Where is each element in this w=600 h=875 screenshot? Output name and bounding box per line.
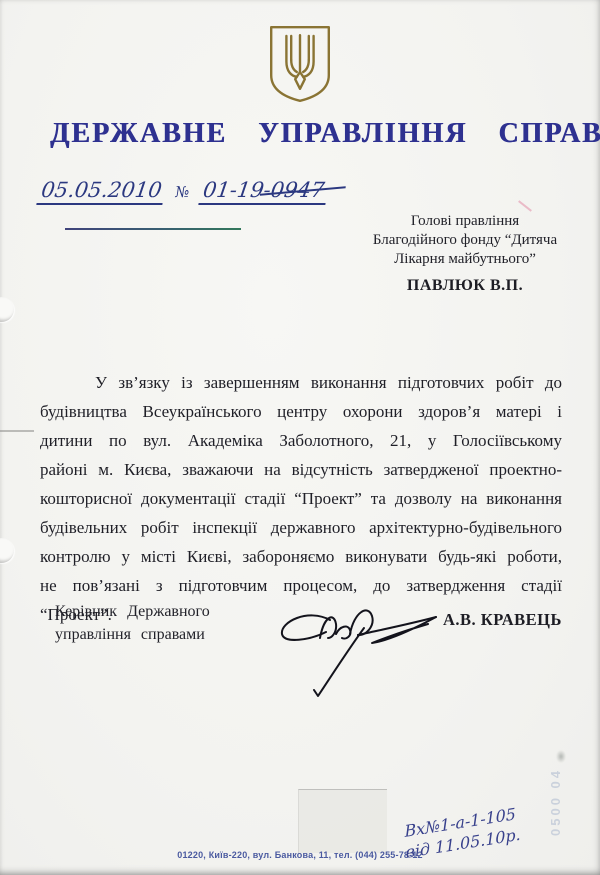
recipient-line: Голові правління: [348, 212, 582, 231]
signer-position: Керівник Державного управління справами: [55, 600, 275, 646]
handwritten-signature: [268, 586, 446, 702]
recipient-line: Благодійного фонду “Дитяча: [348, 231, 582, 250]
organization-title: ДЕРЖАВНЕ УПРАВЛІННЯ СПРАВАМИ: [50, 118, 570, 150]
scanned-letter-page: ДЕРЖАВНЕ УПРАВЛІННЯ СПРАВАМИ 05.05.2010 …: [0, 0, 600, 875]
handwritten-date: 05.05.2010: [36, 178, 166, 205]
hole-punch: [0, 297, 14, 322]
number-sign: №: [170, 183, 195, 201]
handwritten-date-number: 05.05.2010 № 01-19-0947: [36, 178, 329, 208]
recipient-name: ПАВЛЮК В.П.: [348, 277, 582, 295]
horizontal-rule: [65, 228, 241, 230]
signer-name: А.В. КРАВЕЦЬ: [443, 610, 593, 630]
hole-punch: [0, 538, 14, 563]
scan-artifact-square: [298, 789, 387, 853]
pen-mark: [518, 200, 532, 211]
handwritten-ref-number: 01-19-0947: [198, 178, 329, 205]
footer-address: 01220, Київ-220, вул. Банкова, 11, тел. …: [0, 850, 600, 860]
recipient-block: Голові правління Благодійного фонду “Дит…: [348, 212, 582, 269]
signer-position-line: Керівник Державного: [55, 600, 275, 623]
scan-edge-line: [0, 430, 34, 432]
scan-smudge: [556, 750, 566, 763]
faint-vertical-stamp: 0500 04: [548, 716, 563, 836]
signer-position-line: управління справами: [55, 623, 275, 646]
ukraine-tryzub-emblem-icon: [258, 24, 342, 104]
recipient-line: Лікарня майбутнього”: [348, 250, 582, 269]
